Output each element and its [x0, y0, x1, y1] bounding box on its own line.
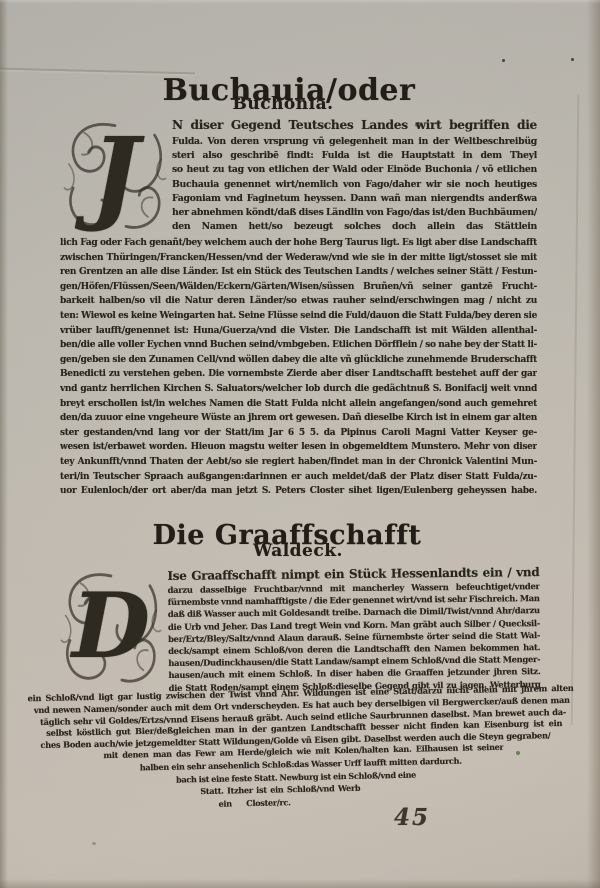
text-line: ster gestanden/vnd lang vor der Statt/im…	[60, 426, 537, 441]
text-line: vrüber laufft/genennet ist: Huna/Guerza/…	[60, 324, 537, 339]
ornate-initial-j: J	[60, 116, 170, 236]
section2-subtitle: Waldeck.	[0, 541, 600, 561]
text-line: breyt erschollen ist/in welches Namen di…	[60, 397, 537, 412]
section1-full-text: lich Fag oder Fach genañt/bey welchem au…	[60, 236, 537, 499]
text-line: wesen ist/erbawet worden. Hieuon magstu …	[60, 440, 537, 455]
text-line: Buchauia genennet wirt/nemlich von Fago/…	[172, 178, 537, 192]
text-line: vnd gantz herrlichen Kirchen S. Saluator…	[60, 382, 537, 397]
paper-speck	[502, 59, 505, 62]
initial-letter: J	[60, 116, 170, 234]
page-edge-bottom	[0, 879, 600, 888]
text-line: gen/geben sie den Zunamen Cell/vnd wölle…	[60, 353, 537, 368]
text-line: uor Eulenloch/der ort aber/da man jetzt …	[60, 484, 537, 499]
text-line: Fulda. Von deren vrsprung vñ gelegenheit…	[172, 135, 537, 149]
text-line: ten: Wiewol es keine Weingarten hat. Sei…	[60, 309, 537, 324]
text-line: N diser Gegend Teutsches Landes wirt beg…	[172, 116, 537, 135]
initial-letter: D	[57, 566, 165, 686]
text-line: ren Grentzen an alle dise Länder. Ist ei…	[60, 265, 537, 280]
ornate-initial-d: D	[57, 566, 165, 690]
text-line: her abnehmen köndt/daß dises Ländlin von…	[172, 206, 537, 220]
text-line: Fagoniam vnd Faginetum heyssen. Dann wañ…	[172, 192, 537, 206]
book-page-photo: Buchauia/oder Buchonia. J N diser Gegend…	[0, 0, 600, 888]
text-line: ben/die alle voller Eychen vnnd Buchen s…	[60, 338, 537, 353]
section2-taper-text: mit denen man das Fewr am Herde/gleich w…	[0, 739, 600, 816]
section1-indented-text: N diser Gegend Teutsches Landes wirt beg…	[172, 116, 537, 234]
text-line: zwischen Thüringen/Francken/Hessen/vnd d…	[60, 251, 537, 266]
page-edge-top	[0, 0, 600, 4]
text-line: barkeit halben/so vil die Natur deren Lä…	[60, 294, 537, 309]
section2-indent-lines: darzu dasselbige Fruchtbar/vnnd mit manc…	[168, 580, 541, 694]
paper-speck	[571, 58, 574, 61]
paper-speck	[92, 842, 96, 845]
text-line: tey Ankunfft/vnnd Thaten der Aebt/so sie…	[60, 455, 537, 470]
section2-indented-text: Ise Graaffschafft nimpt ein Stück Hessen…	[167, 564, 540, 694]
text-line: Benedicti zu verstehen geben. Die vornem…	[60, 367, 537, 382]
text-line: gen/Höfen/Flüssen/Seen/Wälden/Eckern/Gär…	[60, 280, 537, 295]
text-line: lich Fag oder Fach genañt/bey welchem au…	[60, 236, 537, 251]
text-line: den Namen hett/so bezeugt solches doch a…	[172, 220, 537, 234]
text-line: teri/in Teutscher Spraach außgangen:dari…	[60, 470, 537, 485]
text-line: ein Closter/rc.	[218, 796, 290, 810]
section1-indent-lines: Fulda. Von deren vrsprung vñ gelegenheit…	[172, 135, 537, 234]
page-number: 45	[394, 804, 430, 831]
text-line: den/da zuuor eine vngeheure Wüste an jhr…	[60, 411, 537, 426]
section1-subtitle: Buchonia.	[0, 94, 600, 114]
paper-crease-right	[571, 95, 580, 725]
text-line: steri also geschribē findt: Fulda ist di…	[172, 149, 537, 163]
text-line: so heut zu tag von etlichen der Wald ode…	[172, 163, 537, 177]
